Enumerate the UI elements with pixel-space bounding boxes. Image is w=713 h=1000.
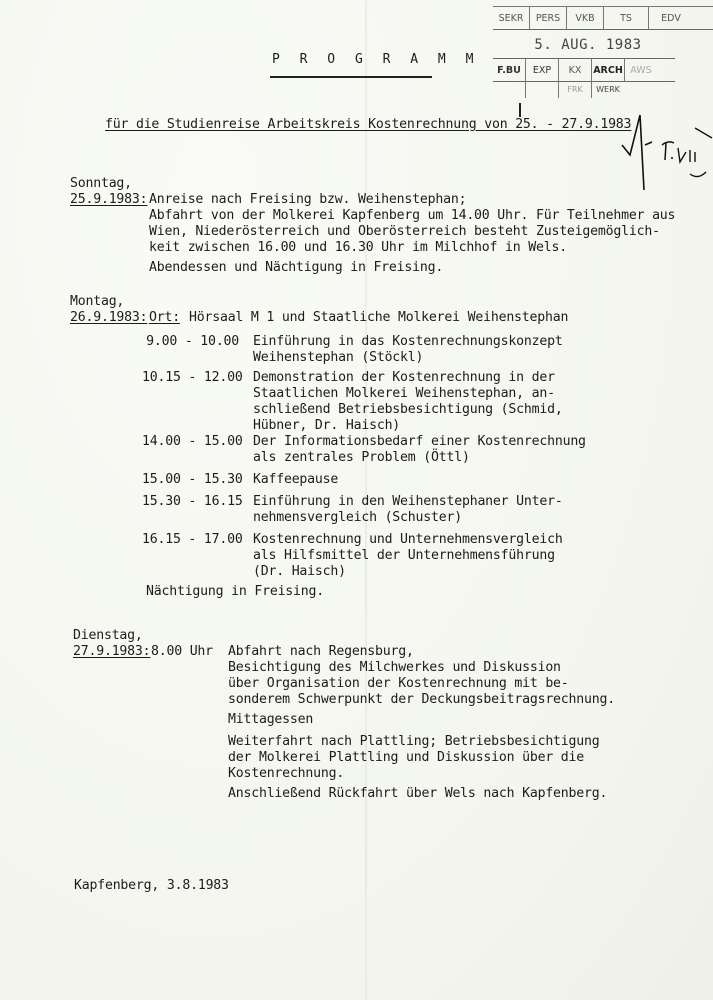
stamp-cell: TS xyxy=(604,7,649,29)
day-time: 8.00 Uhr xyxy=(151,644,213,660)
day-text-line: Kostenrechnung. xyxy=(228,766,344,782)
stamp-cell: F.BU xyxy=(493,59,526,81)
place-and-date: Kapfenberg, 3.8.1983 xyxy=(74,878,229,894)
receipt-stamp: SEKR PERS VKB TS EDV 5. AUG. 1983 F.BU E… xyxy=(493,0,713,100)
document-page: SEKR PERS VKB TS EDV 5. AUG. 1983 F.BU E… xyxy=(0,0,713,1000)
session-time: 15.30 - 16.15 xyxy=(142,494,239,510)
stamp-mark xyxy=(519,103,521,117)
session-line: als Hilfsmittel der Unternehmensführung xyxy=(253,548,555,564)
day-closing: Abendessen und Nächtigung in Freising. xyxy=(149,260,443,276)
session-line: schließend Betriebsbesichtigung (Schmid, xyxy=(253,402,563,418)
day-closing: Nächtigung in Freising. xyxy=(146,584,324,600)
title-underline xyxy=(270,76,432,78)
stamp-cell: VKB xyxy=(567,7,604,29)
day-weekday: Dienstag, xyxy=(73,628,143,644)
stamp-cell: EXP xyxy=(526,59,559,81)
stamp-cell xyxy=(493,80,526,98)
day-text-line: Anreise nach Freising bzw. Weihenstephan… xyxy=(149,192,466,208)
session-line: Einführung in das Kostenrechnungskonzept xyxy=(253,334,563,350)
day-text-line: Wien, Niederösterreich und Oberösterreic… xyxy=(149,224,660,240)
session-line: Hübner, Dr. Haisch) xyxy=(253,418,400,434)
stamp-cell: AWS xyxy=(625,59,657,81)
location-label: Ort: xyxy=(149,310,180,326)
day-text-line: sonderem Schwerpunkt der Deckungsbeitrag… xyxy=(228,692,615,708)
day-date: 26.9.1983: xyxy=(70,310,147,326)
stamp-cell: FRK xyxy=(559,80,592,98)
session-line: Weihenstephan (Stöckl) xyxy=(253,350,423,366)
day-text-line: Besichtigung des Milchwerkes und Diskuss… xyxy=(228,660,561,676)
day-text-line: Weiterfahrt nach Plattling; Betriebsbesi… xyxy=(228,734,600,750)
day-text-line: über Organisation der Kostenrechnung mit… xyxy=(228,676,569,692)
session-time: 15.00 - 15.30 xyxy=(142,472,239,488)
stamp-cell: KX xyxy=(559,59,592,81)
stamp-cell xyxy=(526,80,559,98)
session-line: Kostenrechnung und Unternehmensvergleich xyxy=(253,532,563,548)
session-line: Einführung in den Weihenstephaner Unter- xyxy=(253,494,563,510)
stamp-cell: PERS xyxy=(530,7,567,29)
stamp-cell: WERK xyxy=(592,80,624,98)
day-text-line: der Molkerei Plattling und Diskussion üb… xyxy=(228,750,584,766)
day-text-line: Anschließend Rückfahrt über Wels nach Ka… xyxy=(228,786,607,802)
day-text-line: Abfahrt von der Molkerei Kapfenberg um 1… xyxy=(149,208,675,224)
session-line: (Dr. Haisch) xyxy=(253,564,346,580)
stamp-cell: SEKR xyxy=(493,7,530,29)
session-line: Staatlichen Molkerei Weihenstephan, an- xyxy=(253,386,555,402)
subtitle: für die Studienreise Arbeitskreis Kosten… xyxy=(105,117,631,133)
day-date: 27.9.1983: xyxy=(73,644,150,660)
page-title: P R O G R A M M xyxy=(272,52,479,68)
session-time: 16.15 - 17.00 xyxy=(142,532,239,548)
session-time: 10.15 - 12.00 xyxy=(142,370,239,386)
handwritten-initials-icon xyxy=(600,110,713,190)
day-text-line: Abfahrt nach Regensburg, xyxy=(228,644,414,660)
stamp-cell: EDV xyxy=(649,7,693,29)
session-line: als zentrales Problem (Öttl) xyxy=(253,450,470,466)
session-time: 9.00 - 10.00 xyxy=(146,334,239,350)
day-date: 25.9.1983: xyxy=(70,192,147,208)
session-line: Demonstration der Kostenrechnung in der xyxy=(253,370,555,386)
day-text-line: keit zwischen 16.00 und 16.30 Uhr im Mil… xyxy=(149,240,567,256)
session-line: Der Informationsbedarf einer Kostenrechn… xyxy=(253,434,586,450)
session-time: 14.00 - 15.00 xyxy=(142,434,239,450)
stamp-date: 5. AUG. 1983 xyxy=(493,30,683,60)
location: Hörsaal M 1 und Staatliche Molkerei Weih… xyxy=(189,310,568,326)
stamp-cell: ARCH xyxy=(592,59,625,81)
day-weekday: Montag, xyxy=(70,294,124,310)
day-text-line: Mittagessen xyxy=(228,712,313,728)
session-line: nehmensvergleich (Schuster) xyxy=(253,510,462,526)
day-weekday: Sonntag, xyxy=(70,176,132,192)
session-line: Kaffeepause xyxy=(253,472,338,488)
